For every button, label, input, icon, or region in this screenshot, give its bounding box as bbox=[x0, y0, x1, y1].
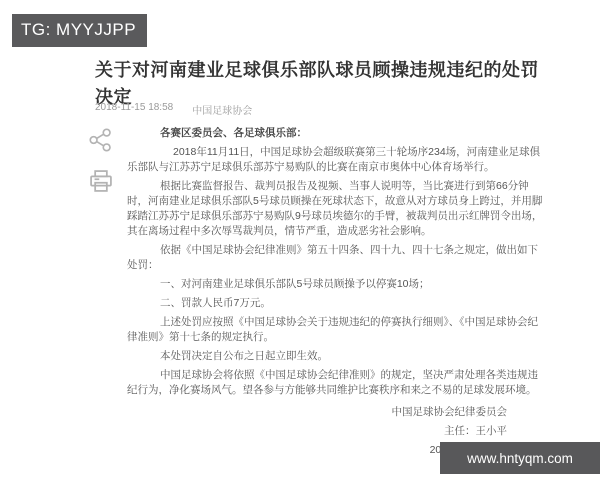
paragraph: 本处罚决定自公布之日起立即生效。 bbox=[127, 349, 545, 364]
signature-org: 中国足球协会纪律委员会 bbox=[127, 405, 507, 420]
paragraph: 中国足球协会将依照《中国足球协会纪律准则》的规定，坚决严肃处理各类违规违纪行为，… bbox=[127, 368, 545, 398]
signature-director: 主任：王小平 bbox=[127, 424, 507, 439]
penalty-item-2: 二、罚款人民币7万元。 bbox=[127, 296, 545, 311]
site-watermark-bar: www.hntyqm.com bbox=[440, 442, 600, 474]
printer-icon bbox=[87, 167, 115, 200]
article-tools bbox=[84, 128, 118, 197]
publish-datetime: 2018-11-15 18:58 bbox=[95, 102, 173, 117]
print-button[interactable] bbox=[87, 169, 115, 197]
paragraph: 2018年11月11日，中国足球协会超级联赛第三十轮场序234场，河南建业足球俱… bbox=[127, 145, 545, 175]
penalty-item-1: 一、对河南建业足球俱乐部队5号球员顾操予以停赛10场； bbox=[127, 277, 545, 292]
article-body: 各赛区委员会、各足球俱乐部： 2018年11月11日，中国足球协会超级联赛第三十… bbox=[127, 126, 545, 462]
site-url: www.hntyqm.com bbox=[467, 451, 573, 466]
share-icon bbox=[88, 127, 114, 158]
badge-text: TG: MYYJJPP bbox=[21, 20, 136, 39]
salutation: 各赛区委员会、各足球俱乐部： bbox=[127, 126, 545, 141]
article-meta: 2018-11-15 18:58 中国足球协会 bbox=[95, 102, 252, 117]
paragraph: 上述处罚应按照《中国足球协会关于违规违纪的停赛执行细则》、《中国足球协会纪律准则… bbox=[127, 315, 545, 345]
share-button[interactable] bbox=[87, 128, 115, 156]
paragraph: 根据比赛监督报告、裁判员报告及视频、当事人说明等，当比赛进行到第66分钟时，河南… bbox=[127, 179, 545, 239]
paragraph: 依据《中国足球协会纪律准则》第五十四条、四十九、四十七条之规定，做出如下处罚： bbox=[127, 243, 545, 273]
telegram-watermark-badge: TG: MYYJJPP bbox=[12, 14, 147, 47]
source-name: 中国足球协会 bbox=[192, 102, 252, 117]
